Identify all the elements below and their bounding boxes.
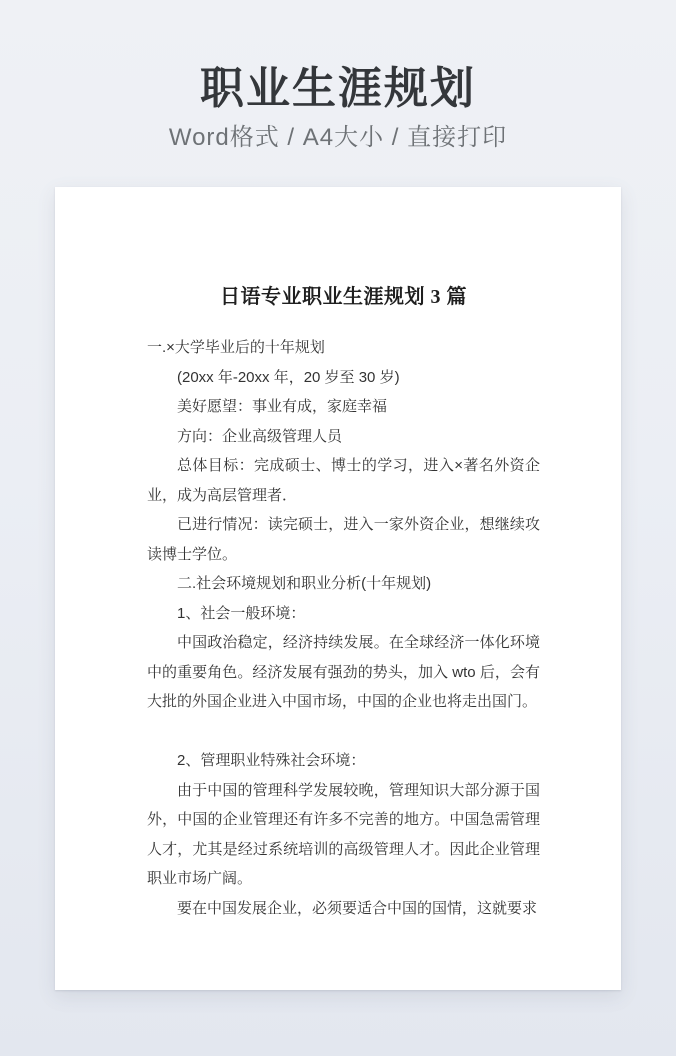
document-paragraph (147, 717, 540, 747)
document-paragraph: 要在中国发展企业，必须要适合中国的国情，这就要求 (147, 894, 540, 924)
page-header: 职业生涯规划 Word格式 / A4大小 / 直接打印 (0, 0, 676, 151)
document-paper: 日语专业职业生涯规划 3 篇 一.×大学毕业后的十年规划(20xx 年-20xx… (55, 187, 621, 990)
document-paragraph: 美好愿望：事业有成，家庭幸福 (147, 392, 540, 422)
document-paragraph: 总体目标：完成硕士、博士的学习，进入×著名外资企业，成为高层管理者． (147, 451, 540, 510)
document-title: 日语专业职业生涯规划 3 篇 (147, 282, 540, 312)
document-paragraph: 方向：企业高级管理人员 (147, 422, 540, 452)
page-background: 职业生涯规划 Word格式 / A4大小 / 直接打印 日语专业职业生涯规划 3… (0, 0, 676, 1056)
document-paragraph: 已进行情况：读完硕士，进入一家外资企业，想继续攻读博士学位。 (147, 510, 540, 569)
document-paragraph: 中国政治稳定，经济持续发展。在全球经济一体化环境中的重要角色。经济发展有强劲的势… (147, 628, 540, 717)
page-subtitle: Word格式 / A4大小 / 直接打印 (0, 125, 676, 151)
document-paragraph: 二.社会环境规划和职业分析(十年规划) (147, 569, 540, 599)
page-title: 职业生涯规划 (0, 66, 676, 112)
document-paragraph: 一.×大学毕业后的十年规划 (147, 333, 540, 363)
document-paragraph: 1、社会一般环境： (147, 599, 540, 629)
document-paragraph: 由于中国的管理科学发展较晚，管理知识大部分源于国外，中国的企业管理还有许多不完善… (147, 776, 540, 894)
document-paragraph: (20xx 年-20xx 年，20 岁至 30 岁) (147, 363, 540, 393)
document-paragraph: 2、管理职业特殊社会环境： (147, 746, 540, 776)
document-body: 一.×大学毕业后的十年规划(20xx 年-20xx 年，20 岁至 30 岁)美… (147, 333, 540, 923)
